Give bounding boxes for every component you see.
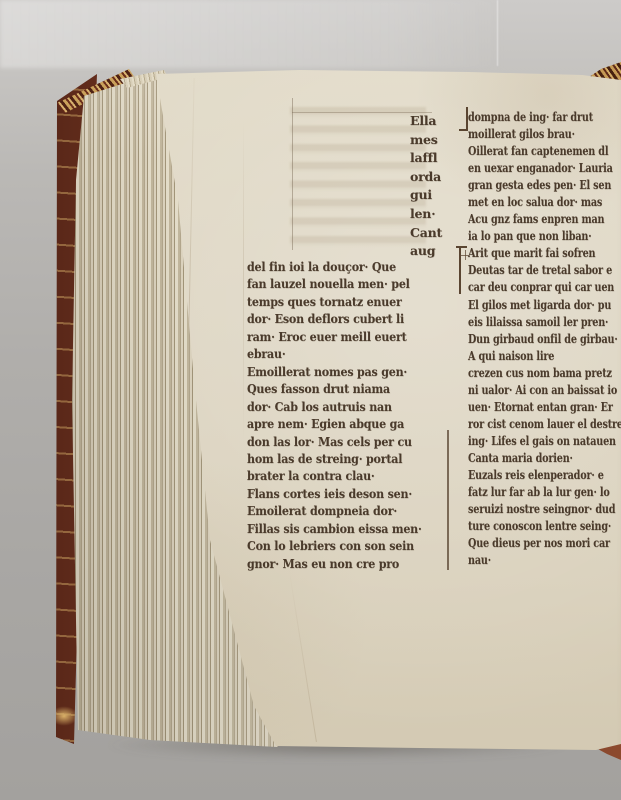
manuscript-line: nau· [468, 552, 617, 569]
manuscript-line: Dun girbaud onfil de girbau· [468, 331, 617, 348]
manuscript-line: dompna de ing· far drut [468, 109, 617, 126]
manuscript-line: del fin ioi la douçor· Que [247, 259, 436, 276]
ink-showthrough-area [290, 107, 426, 251]
manuscript-line: temps ques tornatz enuer [247, 294, 436, 311]
manuscript-line: Fillas sis cambion eissa men· [247, 521, 436, 538]
margin-stroke-mark [447, 430, 449, 570]
manuscript-line: don las lor· Mas cels per cu [247, 434, 436, 451]
fragment-line: Ella [410, 112, 470, 131]
manuscript-line: Flans cortes ieis deson sen· [247, 486, 436, 503]
parchment-crease-2 [243, 120, 244, 440]
parchment-crease-3 [288, 566, 317, 742]
manuscript-line: seruizi nostre seingnor· dud [468, 501, 617, 518]
manuscript-line: en uexar enganador· Lauria [468, 160, 617, 177]
manuscript-line: Arit que marit fai sofren [468, 245, 617, 262]
fragment-line: orda [410, 168, 470, 187]
manuscript-line: ror cist cenom lauer el destre [468, 416, 617, 433]
manuscript-line: gran gesta edes pen· El sen [468, 177, 617, 194]
manuscript-line: crezen cus nom bama pretz [468, 365, 617, 382]
background-wall-seam [497, 0, 498, 66]
manuscript-line: Con lo lebriers con son sein [247, 538, 436, 555]
manuscript-line: eis lilaissa samoil ler pren· [468, 314, 617, 331]
manuscript-line: ture conoscon lentre seing· [468, 518, 617, 535]
fragment-line: aug [410, 242, 470, 261]
left-text-column: del fin ioi la douçor· Quefan lauzel nou… [247, 259, 436, 573]
fragment-line: Cant [410, 224, 470, 243]
manuscript-line: Acu gnz fams enpren man [468, 211, 617, 228]
manuscript-line: fatz lur far ab la lur gen· lo [468, 484, 617, 501]
manuscript-line: Euzals reis elenperador· e [468, 467, 617, 484]
manuscript-line: Oillerat fan captenemen dl [468, 143, 617, 160]
manuscript-line: gnor· Mas eu non cre pro [247, 556, 436, 573]
fragment-line: len· [410, 205, 470, 224]
manuscript-line: ia lo pan que non liban· [468, 228, 617, 245]
manuscript-line: Emoilerat dompneia dor· [247, 503, 436, 520]
right-text-column: dompna de ing· far drutmoillerat gilos b… [468, 109, 617, 569]
manuscript-line: ram· Eroc euer meill euert [247, 329, 436, 346]
manuscript-line: A qui naison lire [468, 348, 617, 365]
manuscript-line: fan lauzel nouella men· pel [247, 276, 436, 293]
manuscript-line: El gilos met ligarda dor· pu [468, 297, 617, 314]
manuscript-line: uen· Etornat entan gran· Er [468, 399, 617, 416]
manuscript-line: Ques fasson drut niama [247, 381, 436, 398]
fragment-line: gui [410, 186, 470, 205]
manuscript-line: moillerat gilos brau· [468, 126, 617, 143]
manuscript-line: apre nem· Egien abque ga [247, 416, 436, 433]
manuscript-line: ing· Lifes el gais on natauen [468, 433, 617, 450]
manuscript-line: car deu conprar qui car uen [468, 279, 617, 296]
manuscript-photo: Ellameslafflordaguilen·Cantaug del fin i… [0, 0, 621, 800]
manuscript-line: Canta maria dorien· [468, 450, 617, 467]
manuscript-line: hom las de streing· portal [247, 451, 436, 468]
manuscript-line: ni ualor· Ai con an baissat io [468, 382, 617, 399]
manuscript-line: Que dieus per nos mori car [468, 535, 617, 552]
manuscript-line: dor· Eson deflors cubert li [247, 311, 436, 328]
manuscript-line: Deutas tar de tretal sabor e [468, 262, 617, 279]
background-light-panel [0, 0, 505, 68]
manuscript-line: Emoillerat nomes pas gen· [247, 364, 436, 381]
line-end-fragment-column: Ellameslafflordaguilen·Cantaug [410, 112, 470, 261]
manuscript-line: dor· Cab los autruis nan [247, 399, 436, 416]
fragment-line: laffl [410, 149, 470, 168]
manuscript-line: met en loc salua dor· mas [468, 194, 617, 211]
manuscript-line: brater la contra clau· [247, 468, 436, 485]
ruling-line-vertical [292, 98, 293, 250]
manuscript-line: ebrau· [247, 346, 436, 363]
fragment-line: mes [410, 131, 470, 150]
